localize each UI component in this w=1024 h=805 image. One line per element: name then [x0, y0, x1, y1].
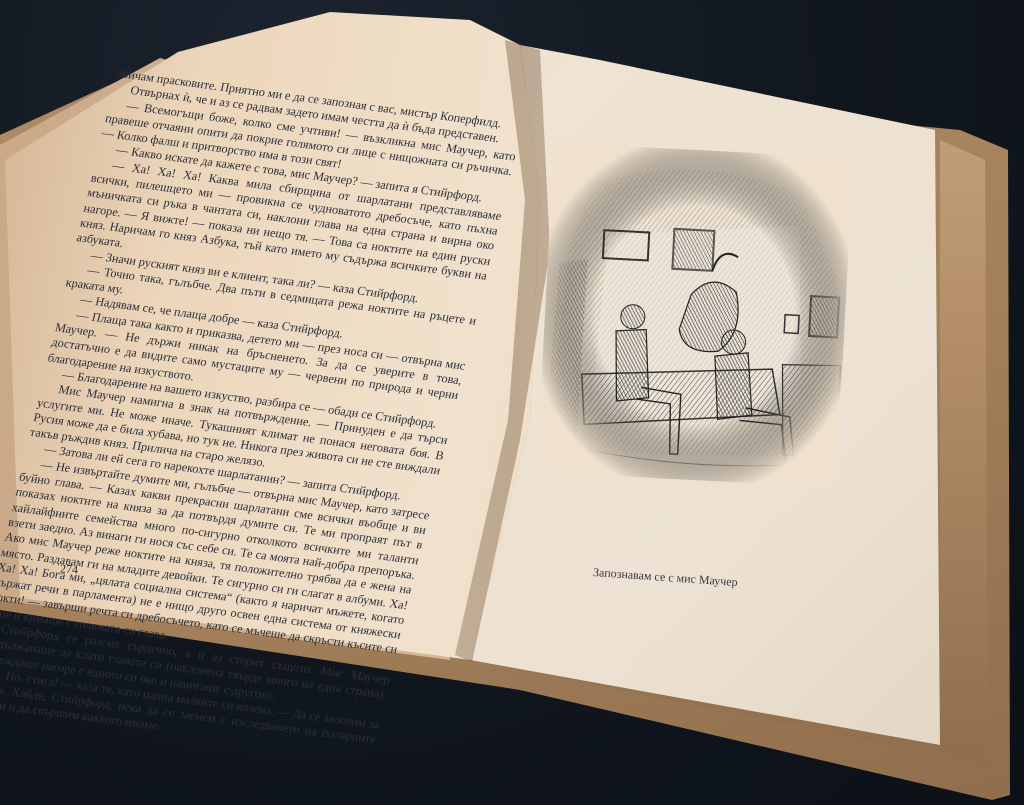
book-photo: обичам прасковите. Приятно ми е да се за…	[0, 0, 1024, 805]
page-number: 274	[59, 561, 78, 577]
engraving-illustration	[537, 142, 854, 487]
